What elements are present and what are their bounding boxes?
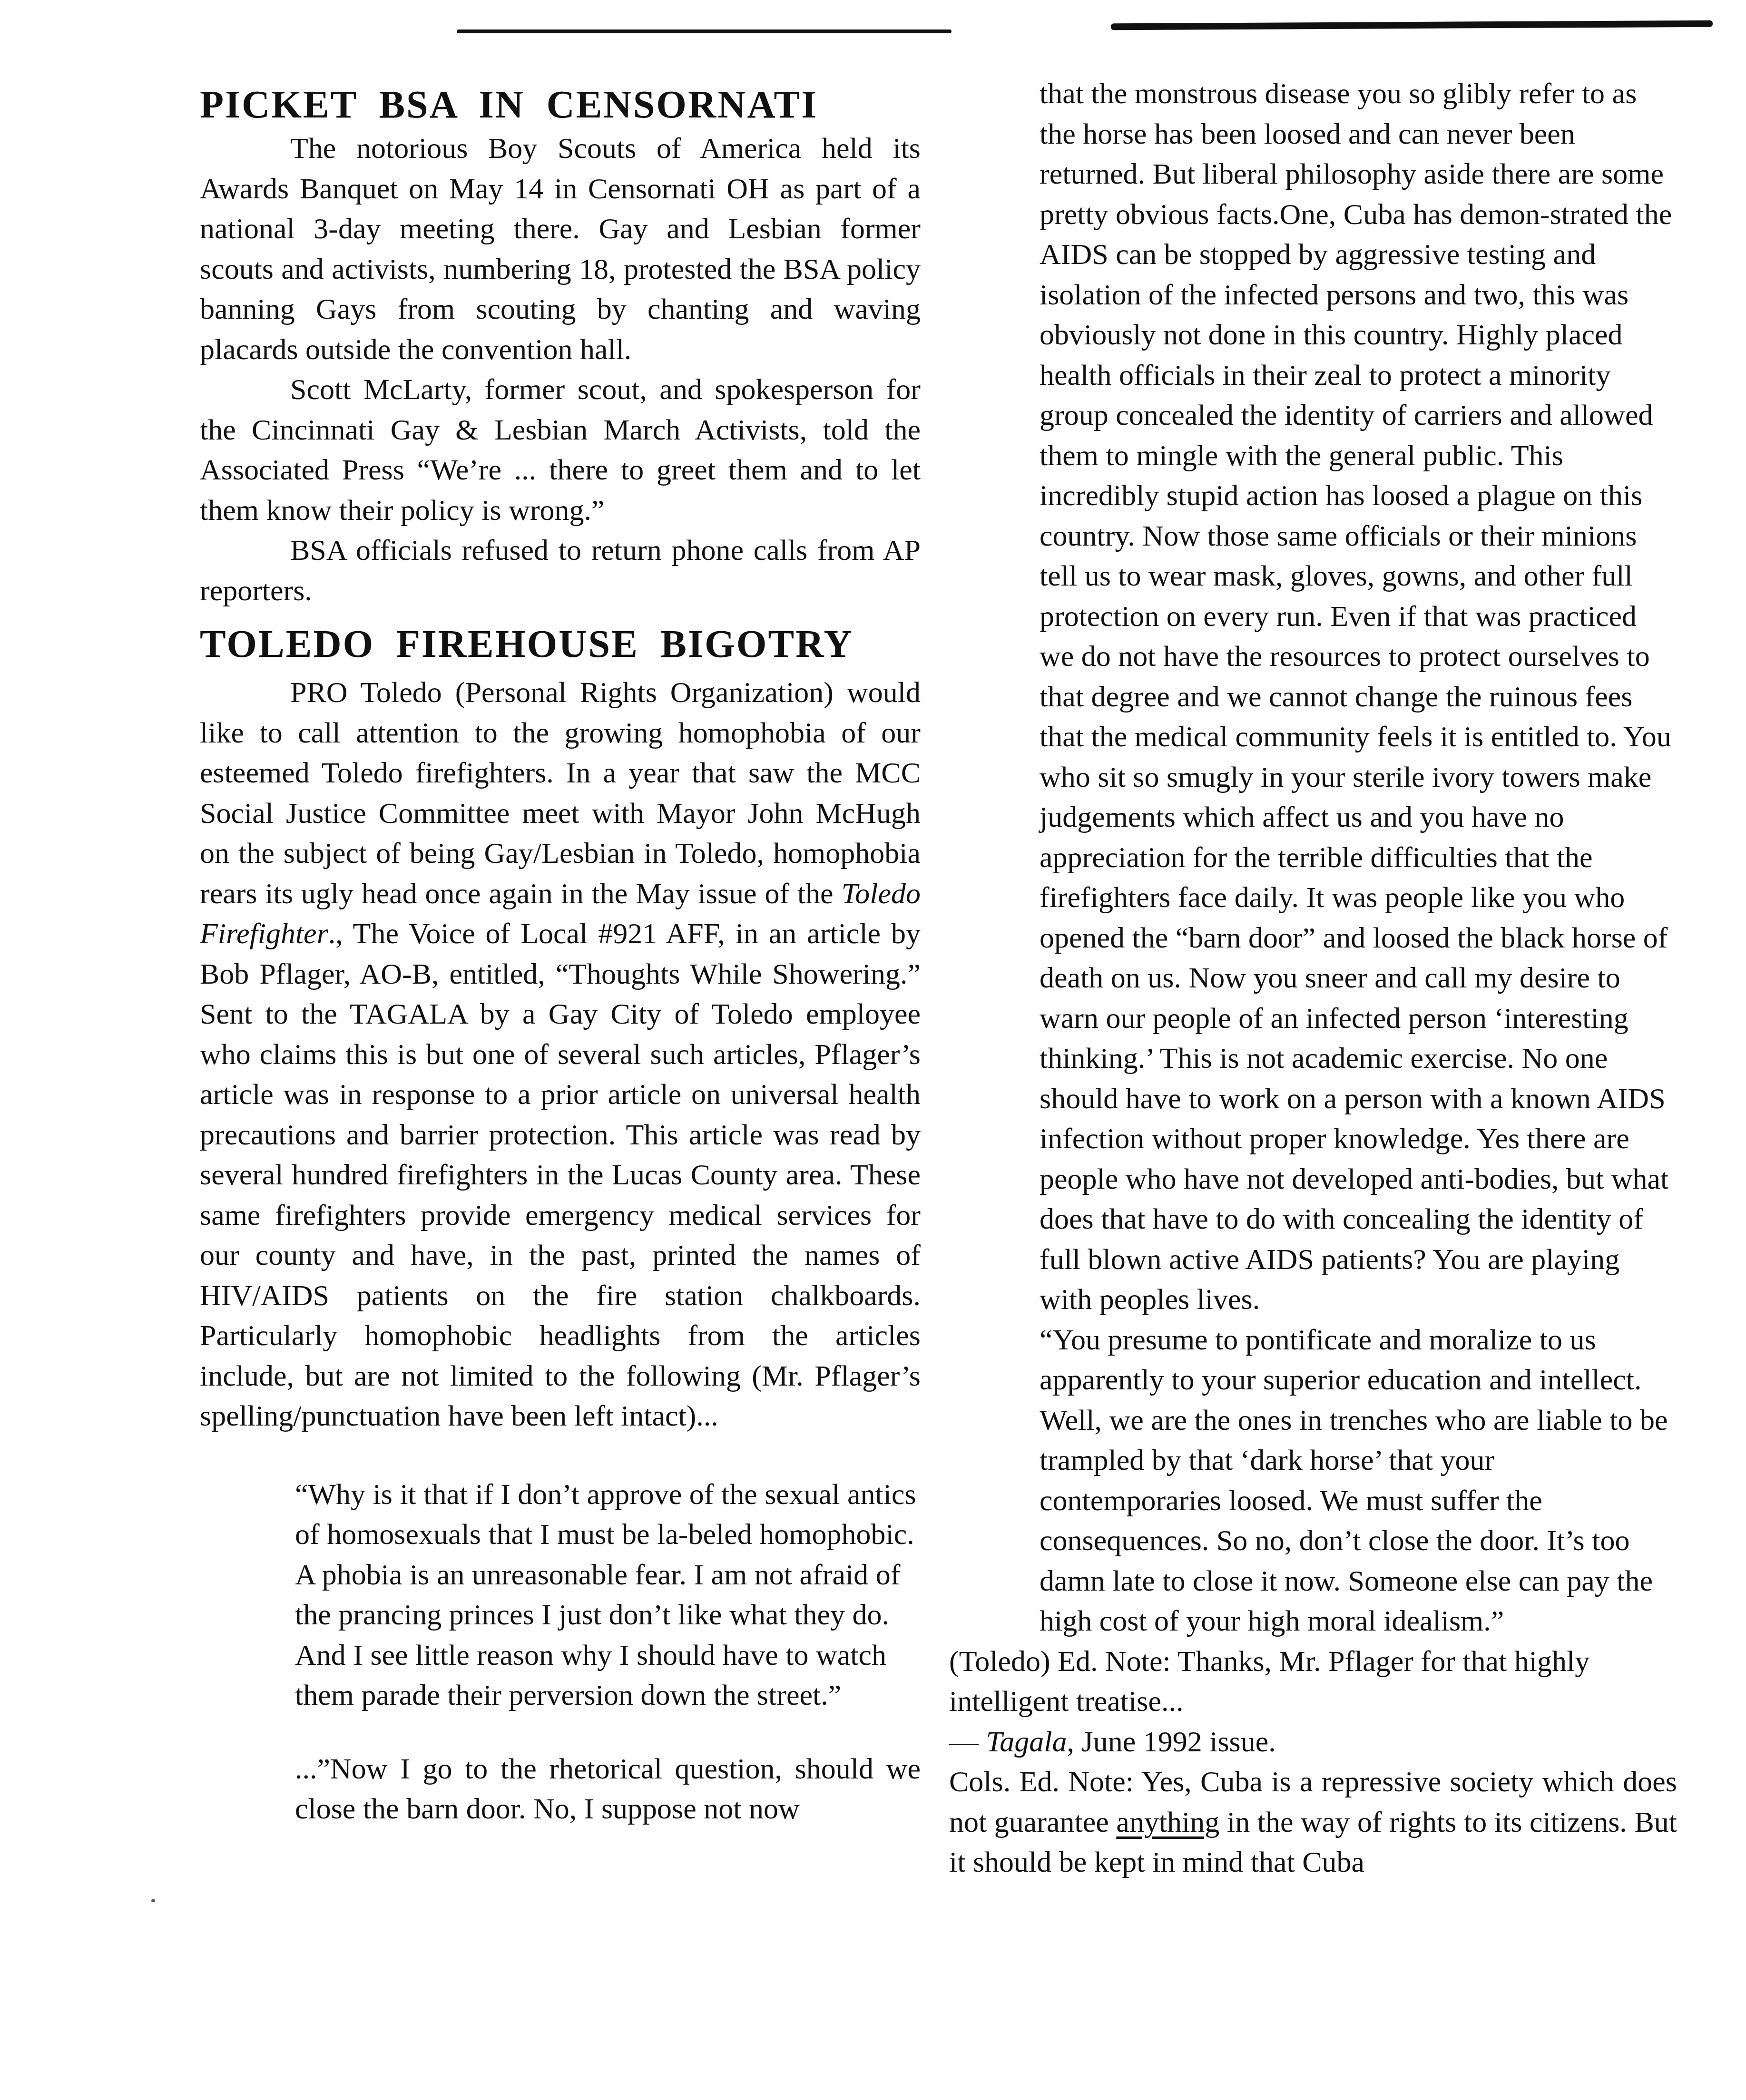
top-rule-right (1111, 20, 1713, 30)
article2-paragraph: PRO Toledo (Personal Rights Organization… (200, 673, 921, 1436)
pflager-quote-1: “Why is it that if I don’t approve of th… (295, 1475, 921, 1716)
article2-text-after: ., The Voice of Local #921 AFF, in an ar… (200, 918, 921, 1432)
pflager-quote-3: “You presume to pontificate and moralize… (1040, 1320, 1677, 1641)
top-rule-left (457, 29, 951, 33)
source-attribution: — Tagala, June 1992 issue. (949, 1722, 1677, 1762)
article1-paragraph-1: The notorious Boy Scouts of America held… (200, 128, 921, 370)
scan-speck (151, 1899, 155, 1902)
article2-text-before: PRO Toledo (Personal Rights Organization… (200, 676, 921, 910)
em-dash: — (949, 1726, 979, 1758)
article1-paragraph-3: BSA officials refused to return phone ca… (200, 530, 921, 611)
right-column: that the monstrous disease you so glibly… (949, 74, 1677, 1883)
headline-picket-bsa: PICKET BSA IN CENSORNATI (200, 81, 921, 128)
pflager-quote-2-continued: that the monstrous disease you so glibly… (1040, 74, 1677, 1320)
columbus-editor-note: Cols. Ed. Note: Yes, Cuba is a repressiv… (949, 1762, 1677, 1883)
source-issue: , June 1992 issue. (1067, 1726, 1276, 1758)
source-name: Tagala (986, 1726, 1067, 1758)
cols-note-underlined: anything (1116, 1806, 1219, 1838)
pflager-quote-2-start: ...”Now I go to the rhetorical question,… (295, 1749, 921, 1829)
left-column: PICKET BSA IN CENSORNATI The notorious B… (200, 81, 921, 1829)
headline-toledo-firehouse: TOLEDO FIREHOUSE BIGOTRY (200, 620, 921, 668)
toledo-editor-note: (Toledo) Ed. Note: Thanks, Mr. Pflager f… (949, 1641, 1677, 1722)
article1-paragraph-2: Scott McLarty, former scout, and spokesp… (200, 370, 921, 530)
